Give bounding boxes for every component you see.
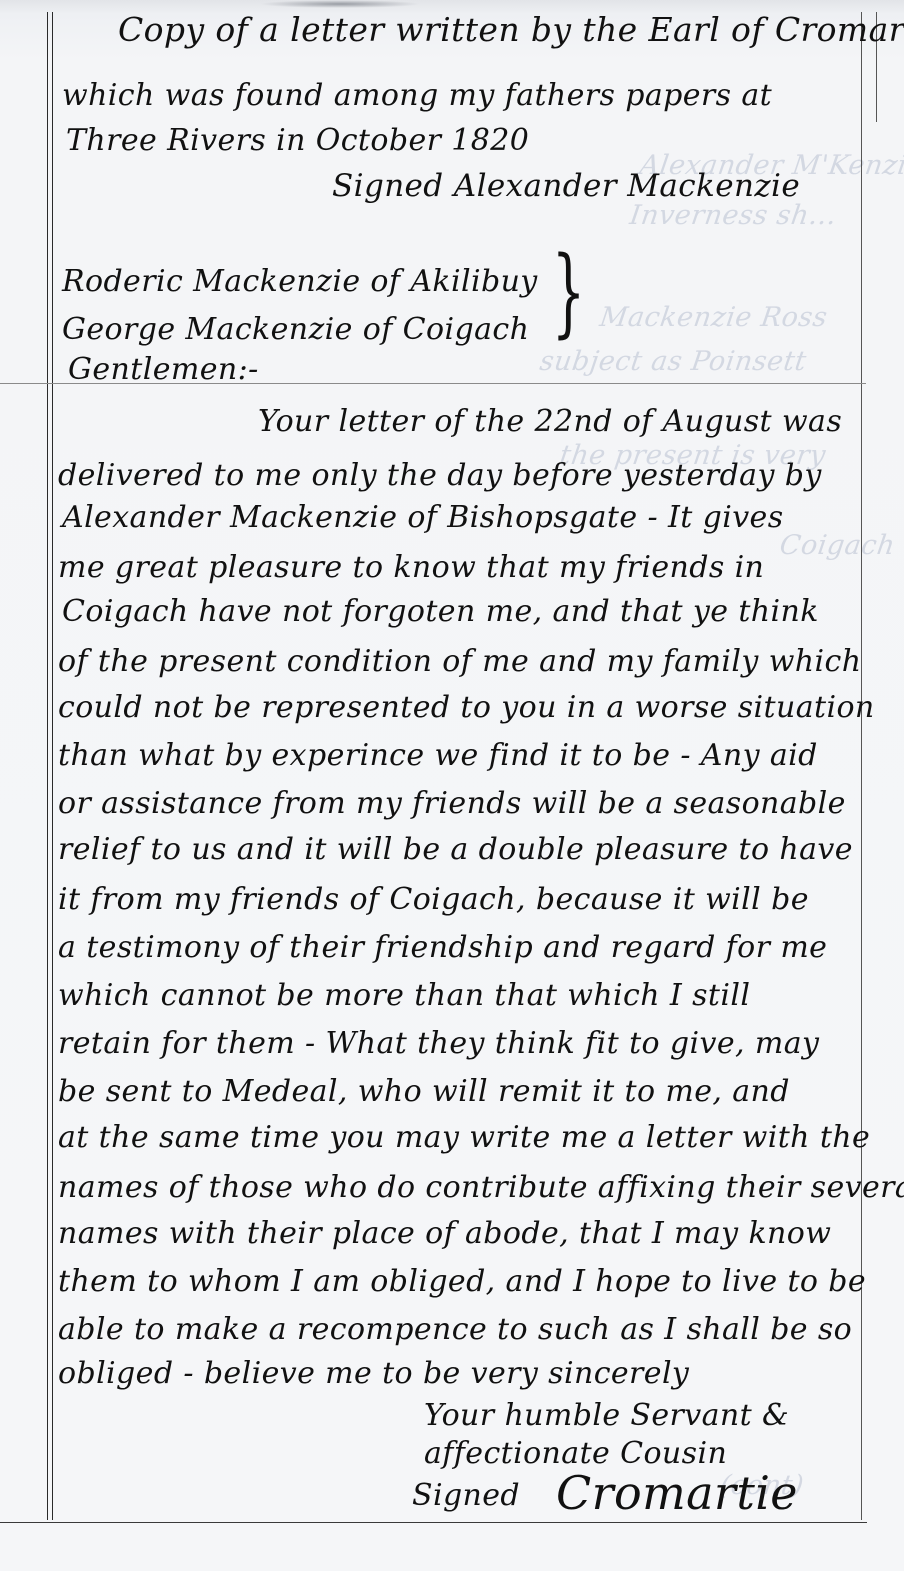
body-line: able to make a recompence to such as I s… (58, 1312, 852, 1347)
header-signed-by: Signed Alexander Mackenzie (332, 168, 800, 204)
bleed-text: Mackenzie Ross (598, 302, 830, 333)
left-border-outer (47, 12, 48, 1520)
addressee-1: Roderic Mackenzie of Akilibuy (62, 264, 538, 299)
body-line: Coigach have not forgoten me, and that y… (62, 594, 819, 629)
body-line: a testimony of their friendship and rega… (58, 930, 827, 965)
salutation: Gentlemen:- (68, 352, 259, 387)
addressee-brace: } (552, 244, 586, 340)
body-line: names with their place of abode, that I … (58, 1216, 831, 1251)
header-line-1: Copy of a letter written by the Earl of … (118, 10, 904, 49)
header-line-2: which was found among my fathers papers … (62, 78, 772, 113)
scan-shadow (260, 0, 420, 8)
body-line: at the same time you may write me a lett… (58, 1120, 870, 1155)
body-line: Alexander Mackenzie of Bishopsgate - It … (62, 500, 784, 535)
body-line: relief to us and it will be a double ple… (58, 832, 853, 867)
body-line: of the present condition of me and my fa… (58, 644, 861, 679)
header-line-3: Three Rivers in October 1820 (66, 123, 529, 158)
signature-cromartie: Cromartie (556, 1466, 798, 1520)
body-line: or assistance from my friends will be a … (58, 786, 846, 821)
body-line: them to whom I am obliged, and I hope to… (58, 1264, 866, 1299)
bleed-text: Inverness sh... (628, 200, 839, 231)
body-line: retain for them - What they think fit to… (58, 1026, 819, 1061)
bleed-text: Coigach (778, 530, 897, 561)
closing-signed-label: Signed (412, 1478, 520, 1513)
body-line: names of those who do contribute affixin… (58, 1170, 904, 1205)
body-line: could not be represented to you in a wor… (58, 690, 875, 725)
body-line: me great pleasure to know that my friend… (58, 550, 764, 585)
closing-line-1: Your humble Servant & (424, 1398, 789, 1433)
addressee-2: George Mackenzie of Coigach (62, 312, 529, 347)
body-line: obliged - believe me to be very sincerel… (58, 1356, 689, 1391)
body-line: it from my friends of Coigach, because i… (58, 882, 809, 917)
body-line: be sent to Medeal, who will remit it to … (58, 1074, 790, 1109)
body-line: Your letter of the 22nd of August was (258, 404, 842, 439)
bottom-border (0, 1522, 867, 1523)
body-line: delivered to me only the day before yest… (58, 458, 822, 493)
bleed-text: subject as Poinsett (538, 346, 809, 377)
body-line: than what by experince we find it to be … (58, 738, 818, 773)
left-border-inner (52, 12, 53, 1520)
body-line: which cannot be more than that which I s… (58, 978, 750, 1013)
